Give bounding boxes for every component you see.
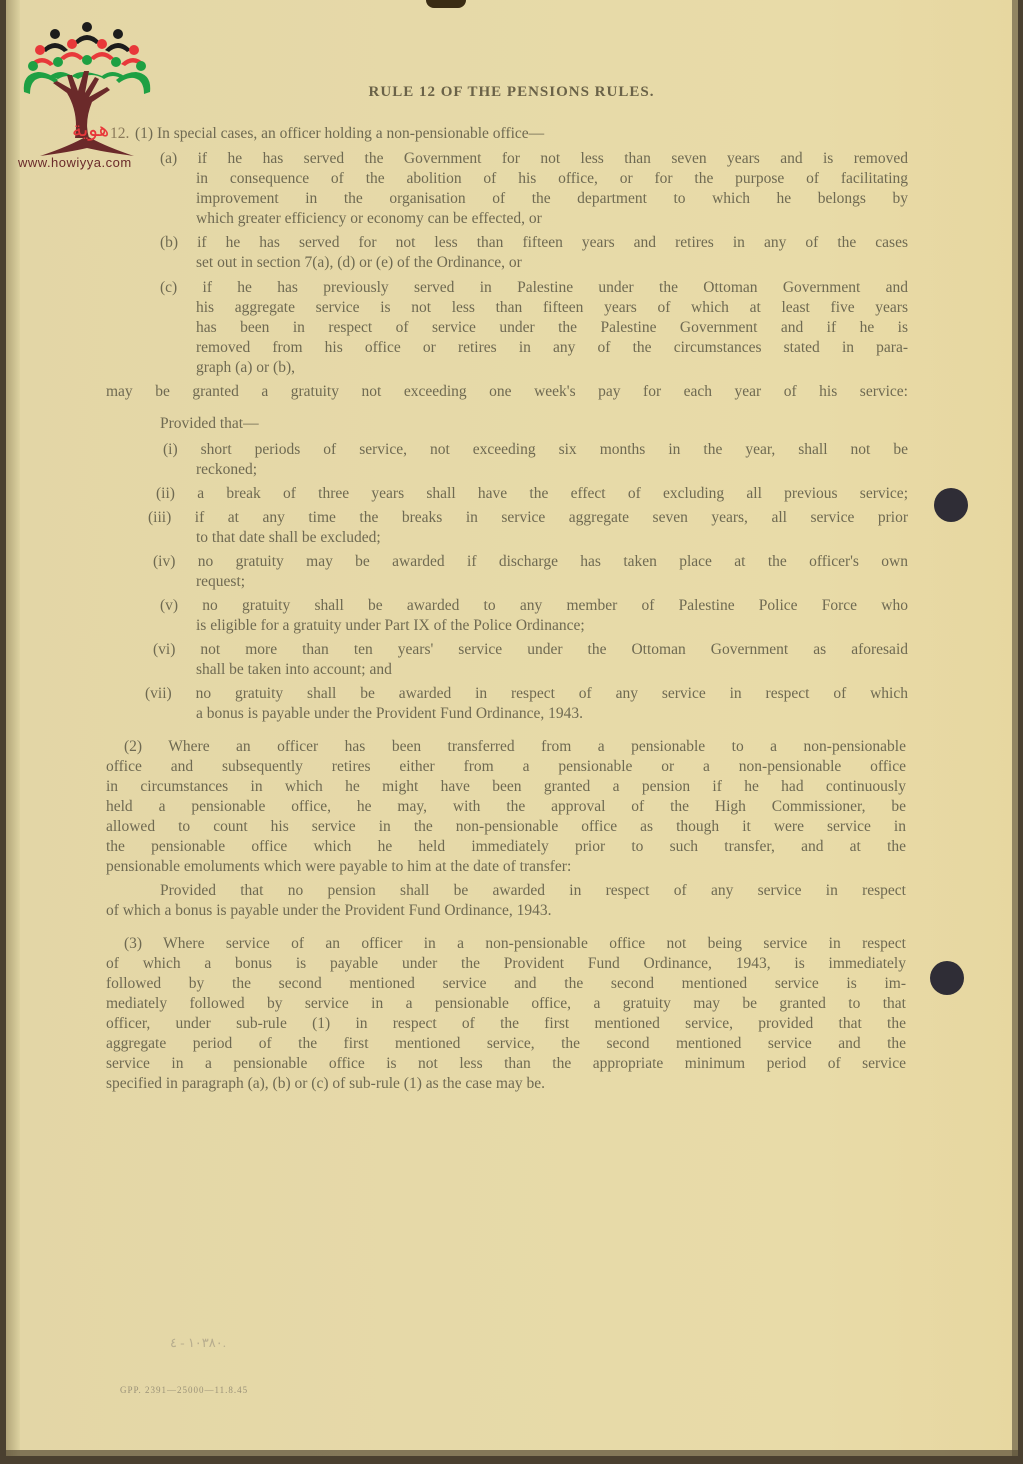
clause-c: (c) if he has previously served in Pales… [160,278,908,298]
page-left-edge [6,0,20,1456]
watermark-url: www.howiyya.com [18,155,132,170]
proviso-vii: (vii) no gratuity shall be awarded in re… [145,684,908,704]
sub-rule-3: (3) Where service of an officer in a non… [124,934,906,954]
proviso-heading: Provided that— [160,414,259,434]
proviso-iii: (iii) if at any time the breaks in servi… [148,508,908,528]
sub-rule-2-line: allowed to count his service in the non-… [106,817,906,837]
proviso-iv: (iv) no gratuity may be awarded if disch… [153,552,908,572]
sub-rule-2: (2) Where an officer has been transferre… [124,737,906,757]
sub-rule-2-proviso-line: of which a bonus is payable under the Pr… [106,901,552,921]
proviso-v: (v) no gratuity shall be awarded to any … [160,596,908,616]
sub-rule-3-line: of which a bonus is payable under the Pr… [106,954,906,974]
punch-hole [934,488,968,522]
sub-rule-2-proviso: Provided that no pension shall be awarde… [160,881,906,901]
clause-c-line: has been in respect of service under the… [196,318,908,338]
clause-a-line: improvement in the organisation of the d… [196,189,908,209]
sub-rule-2-line: office and subsequently retires either f… [106,757,906,777]
proviso-iii-line: to that date shall be excluded; [196,528,381,548]
clause-c-line: his aggregate service is not less than f… [196,298,908,318]
document-title: RULE 12 OF THE PENSIONS RULES. [0,84,1023,101]
punch-hole [930,961,964,995]
proviso-vi: (vi) not more than ten years' service un… [153,640,908,660]
ink-blot [426,0,466,8]
proviso-ii: (ii) a break of three years shall have t… [156,484,908,504]
proviso-i: (i) short periods of service, not exceed… [163,440,908,460]
sub-rule-3-line: mediately followed by service in a pensi… [106,994,906,1014]
sub-rule-3-line: followed by the second mentioned service… [106,974,906,994]
proviso-iv-line: request; [196,572,245,592]
sub-rule-2-line: held a pensionable office, he may, with … [106,797,906,817]
sub-rule-3-line: service in a pensionable office is not l… [106,1054,906,1074]
clause-a-line: which greater efficiency or economy can … [196,209,542,229]
clause-c-line: removed from his office or retires in an… [196,338,908,358]
clause-b-line: set out in section 7(a), (d) or (e) of t… [196,253,522,273]
gratuity-statement: may be granted a gratuity not exceeding … [106,382,908,402]
clause-c-line: graph (a) or (b), [196,358,295,378]
proviso-v-line: is eligible for a gratuity under Part IX… [196,616,585,636]
sub-rule-2-line: the pensionable office which he held imm… [106,837,906,857]
proviso-vii-line: a bonus is payable under the Provident F… [196,704,583,724]
sub-rule-2-line: pensionable emoluments which were payabl… [106,857,571,877]
sub-rule-1-intro: (1) In special cases, an officer holding… [135,124,544,144]
sub-rule-3-line: officer, under sub-rule (1) in respect o… [106,1014,906,1034]
clause-a-line: in consequence of the abolition of his o… [196,169,908,189]
clause-b: (b) if he has served for not less than f… [160,233,908,253]
sub-rule-3-line: aggregate period of the first mentioned … [106,1034,906,1054]
sub-rule-3-line: specified in paragraph (a), (b) or (c) o… [106,1074,545,1094]
rule-number: 12. [110,124,129,144]
handwritten-note: ١٠٣٨٠ - ٤. [170,1335,226,1351]
clause-a: (a) if he has served the Government for … [160,149,908,169]
page-right-edge [1012,0,1018,1456]
sub-rule-2-line: in circumstances in which he might have … [106,777,906,797]
print-code: GPP. 2391—25000—11.8.45 [120,1385,248,1395]
page-bottom-edge [6,1450,1018,1456]
proviso-vi-line: shall be taken into account; and [196,660,392,680]
logo-arabic-text: هوية [72,117,109,141]
proviso-i-line: reckoned; [196,460,257,480]
